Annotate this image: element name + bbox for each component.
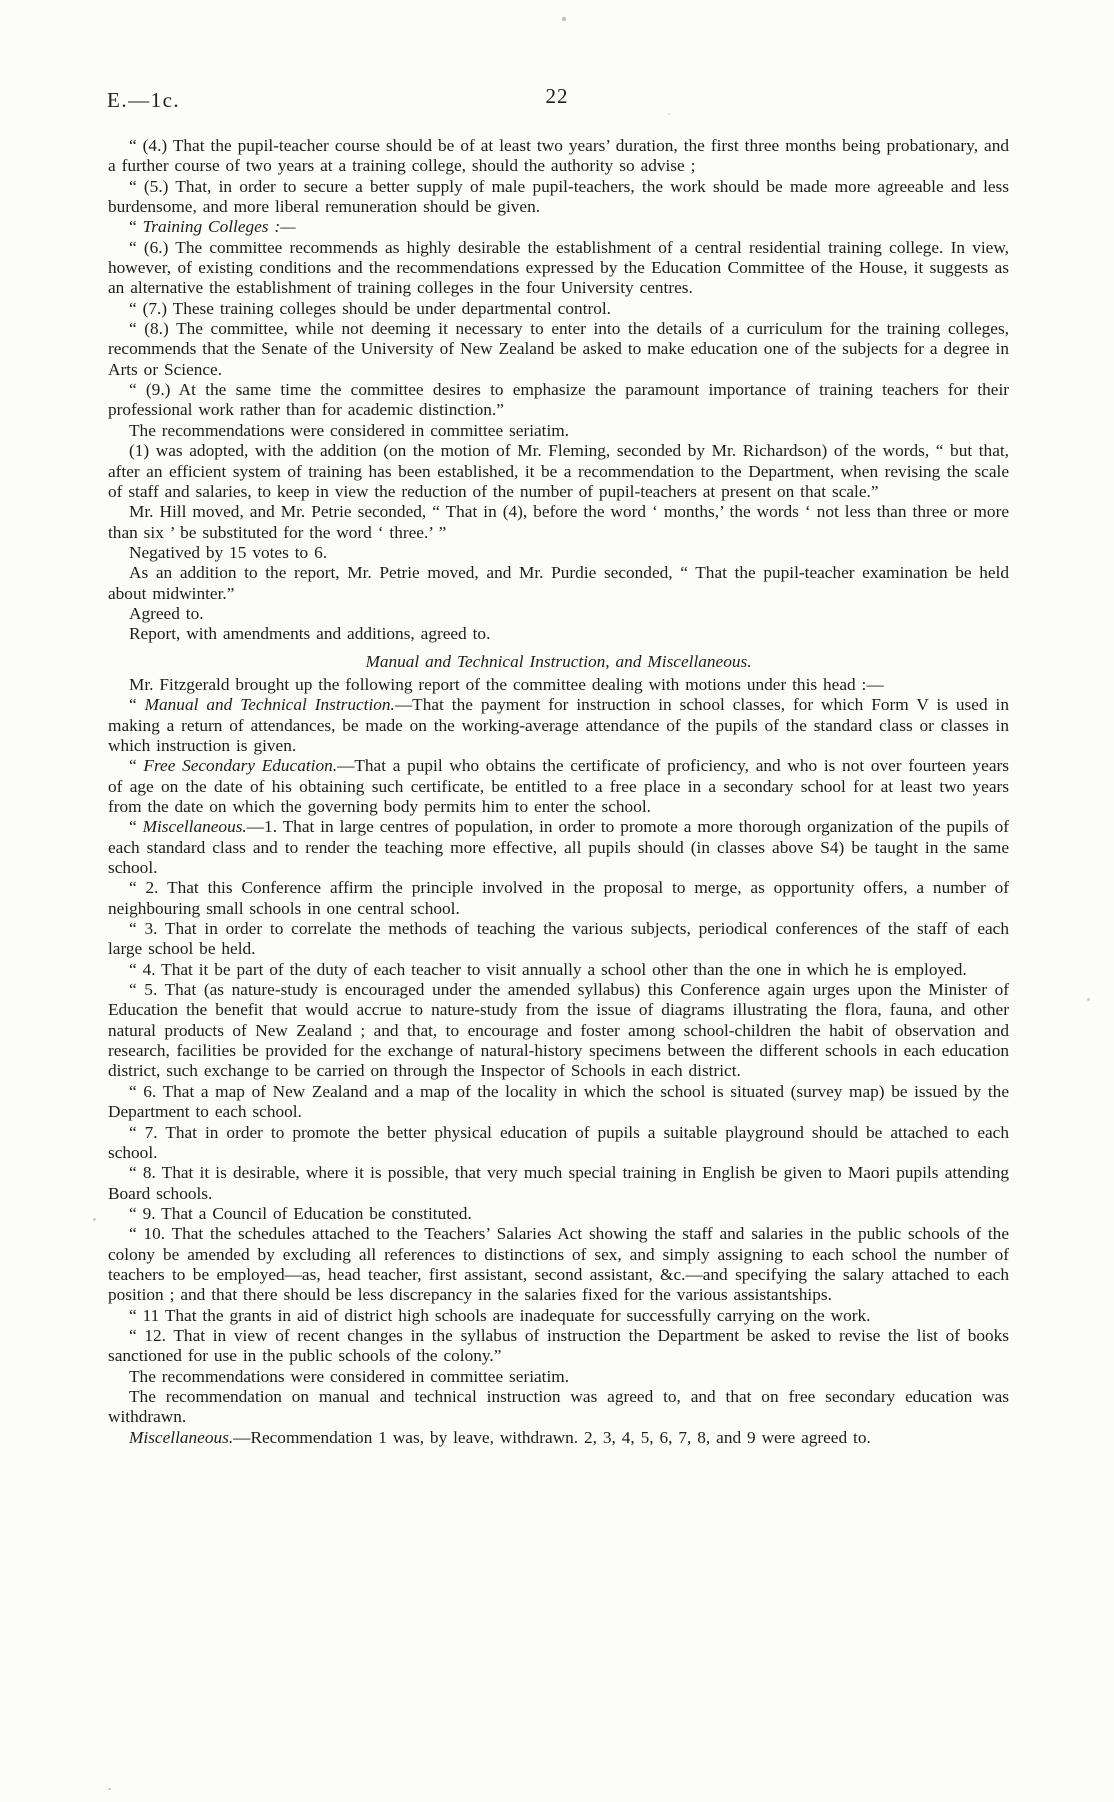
scan-speck bbox=[108, 1788, 111, 1790]
italic-text-run: Miscellaneous. bbox=[143, 817, 247, 836]
paragraph: (1) was adopted, with the addition (on t… bbox=[108, 441, 1009, 502]
paragraph: “ 2. That this Conference affirm the pri… bbox=[108, 878, 1009, 919]
paragraph: Report, with amendments and additions, a… bbox=[108, 624, 1009, 644]
scan-speck bbox=[668, 113, 670, 115]
text-run: “ (9.) At the same time the committee de… bbox=[108, 380, 1009, 419]
paragraph: “ (5.) That, in order to secure a better… bbox=[108, 177, 1009, 218]
text-run: “ 7. That in order to promote the better… bbox=[108, 1123, 1009, 1162]
text-run: “ 12. That in view of recent changes in … bbox=[108, 1326, 1009, 1365]
italic-text-run: Manual and Technical Instruction, and Mi… bbox=[365, 652, 751, 671]
paragraph: “ (4.) That the pupil-teacher course sho… bbox=[108, 136, 1009, 177]
text-run: “ (8.) The committee, while not deeming … bbox=[108, 319, 1009, 379]
text-run: “ (5.) That, in order to secure a better… bbox=[108, 177, 1009, 216]
italic-text-run: Training Colleges :— bbox=[143, 217, 296, 236]
text-run: “ (4.) That the pupil-teacher course sho… bbox=[108, 136, 1009, 175]
paragraph: “ (9.) At the same time the committee de… bbox=[108, 380, 1009, 421]
text-run: Report, with amendments and additions, a… bbox=[129, 624, 490, 643]
text-run: “ 9. That a Council of Education be cons… bbox=[129, 1204, 472, 1223]
paragraph: “ (6.) The committee recommends as highl… bbox=[108, 238, 1009, 299]
text-run: Mr. Hill moved, and Mr. Petrie seconded,… bbox=[108, 502, 1009, 541]
paragraph: “ 8. That it is desirable, where it is p… bbox=[108, 1163, 1009, 1204]
paragraph: “ 12. That in view of recent changes in … bbox=[108, 1326, 1009, 1367]
paragraph: “ Manual and Technical Instruction.—That… bbox=[108, 695, 1009, 756]
document-page: E.—1c. 22 “ (4.) That the pupil-teacher … bbox=[0, 0, 1114, 1802]
text-run: “ 8. That it is desirable, where it is p… bbox=[108, 1163, 1009, 1202]
paragraph: “ 5. That (as nature-study is encouraged… bbox=[108, 980, 1009, 1082]
paragraph: Negatived by 15 votes to 6. bbox=[108, 543, 1009, 563]
paragraph: Agreed to. bbox=[108, 604, 1009, 624]
paragraph: Mr. Fitzgerald brought up the following … bbox=[108, 675, 1009, 695]
text-run: (1) was adopted, with the addition (on t… bbox=[108, 441, 1009, 501]
text-run: “ bbox=[129, 756, 143, 775]
paragraph: “ 9. That a Council of Education be cons… bbox=[108, 1204, 1009, 1224]
text-run: Agreed to. bbox=[129, 604, 204, 623]
paragraph: “ 7. That in order to promote the better… bbox=[108, 1123, 1009, 1164]
text-run: “ (6.) The committee recommends as highl… bbox=[108, 238, 1009, 298]
paragraph: “ 6. That a map of New Zealand and a map… bbox=[108, 1082, 1009, 1123]
text-run: “ bbox=[129, 217, 143, 236]
text-run: —Recommendation 1 was, by leave, withdra… bbox=[233, 1428, 871, 1447]
italic-text-run: Manual and Technical Instruction. bbox=[145, 695, 395, 714]
text-run: “ 10. That the schedules attached to the… bbox=[108, 1224, 1009, 1304]
paragraph: “ Miscellaneous.—1. That in large centre… bbox=[108, 817, 1009, 878]
paragraph: “ Free Secondary Education.—That a pupil… bbox=[108, 756, 1009, 817]
paragraph: “ 10. That the schedules attached to the… bbox=[108, 1224, 1009, 1305]
document-body: “ (4.) That the pupil-teacher course sho… bbox=[108, 136, 1009, 1448]
text-run: The recommendations were considered in c… bbox=[129, 1367, 569, 1386]
section-heading: Manual and Technical Instruction, and Mi… bbox=[108, 652, 1009, 672]
text-run: Negatived by 15 votes to 6. bbox=[129, 543, 327, 562]
paragraph: “ Training Colleges :— bbox=[108, 217, 1009, 237]
italic-text-run: Free Secondary Education. bbox=[143, 756, 337, 775]
text-run: “ 5. That (as nature-study is encouraged… bbox=[108, 980, 1009, 1080]
italic-text-run: Miscellaneous. bbox=[129, 1428, 233, 1447]
text-run: “ 6. That a map of New Zealand and a map… bbox=[108, 1082, 1009, 1121]
text-run: “ bbox=[129, 817, 143, 836]
text-run: The recommendations were considered in c… bbox=[129, 421, 569, 440]
paragraph: “ 3. That in order to correlate the meth… bbox=[108, 919, 1009, 960]
scan-speck bbox=[93, 1218, 96, 1221]
paragraph: The recommendations were considered in c… bbox=[108, 421, 1009, 441]
text-run: “ 11 That the grants in aid of district … bbox=[129, 1306, 870, 1325]
paragraph: Mr. Hill moved, and Mr. Petrie seconded,… bbox=[108, 502, 1009, 543]
scan-speck bbox=[1087, 998, 1090, 1001]
paragraph: As an addition to the report, Mr. Petrie… bbox=[108, 563, 1009, 604]
scan-speck bbox=[562, 17, 566, 21]
paragraph: Miscellaneous.—Recommendation 1 was, by … bbox=[108, 1428, 1009, 1448]
paragraph: “ 4. That it be part of the duty of each… bbox=[108, 960, 1009, 980]
paragraph: “ (8.) The committee, while not deeming … bbox=[108, 319, 1009, 380]
text-run: “ 3. That in order to correlate the meth… bbox=[108, 919, 1009, 958]
paragraph: The recommendations were considered in c… bbox=[108, 1367, 1009, 1387]
text-run: “ 4. That it be part of the duty of each… bbox=[129, 960, 967, 979]
text-run: The recommendation on manual and technic… bbox=[108, 1387, 1009, 1426]
text-run: Mr. Fitzgerald brought up the following … bbox=[129, 675, 884, 694]
text-run: “ 2. That this Conference affirm the pri… bbox=[108, 878, 1009, 917]
text-run: “ bbox=[129, 695, 145, 714]
page-number: 22 bbox=[0, 84, 1114, 109]
paragraph: “ (7.) These training colleges should be… bbox=[108, 299, 1009, 319]
text-run: As an addition to the report, Mr. Petrie… bbox=[108, 563, 1009, 602]
text-run: “ (7.) These training colleges should be… bbox=[129, 299, 611, 318]
paragraph: “ 11 That the grants in aid of district … bbox=[108, 1306, 1009, 1326]
paragraph: The recommendation on manual and technic… bbox=[108, 1387, 1009, 1428]
